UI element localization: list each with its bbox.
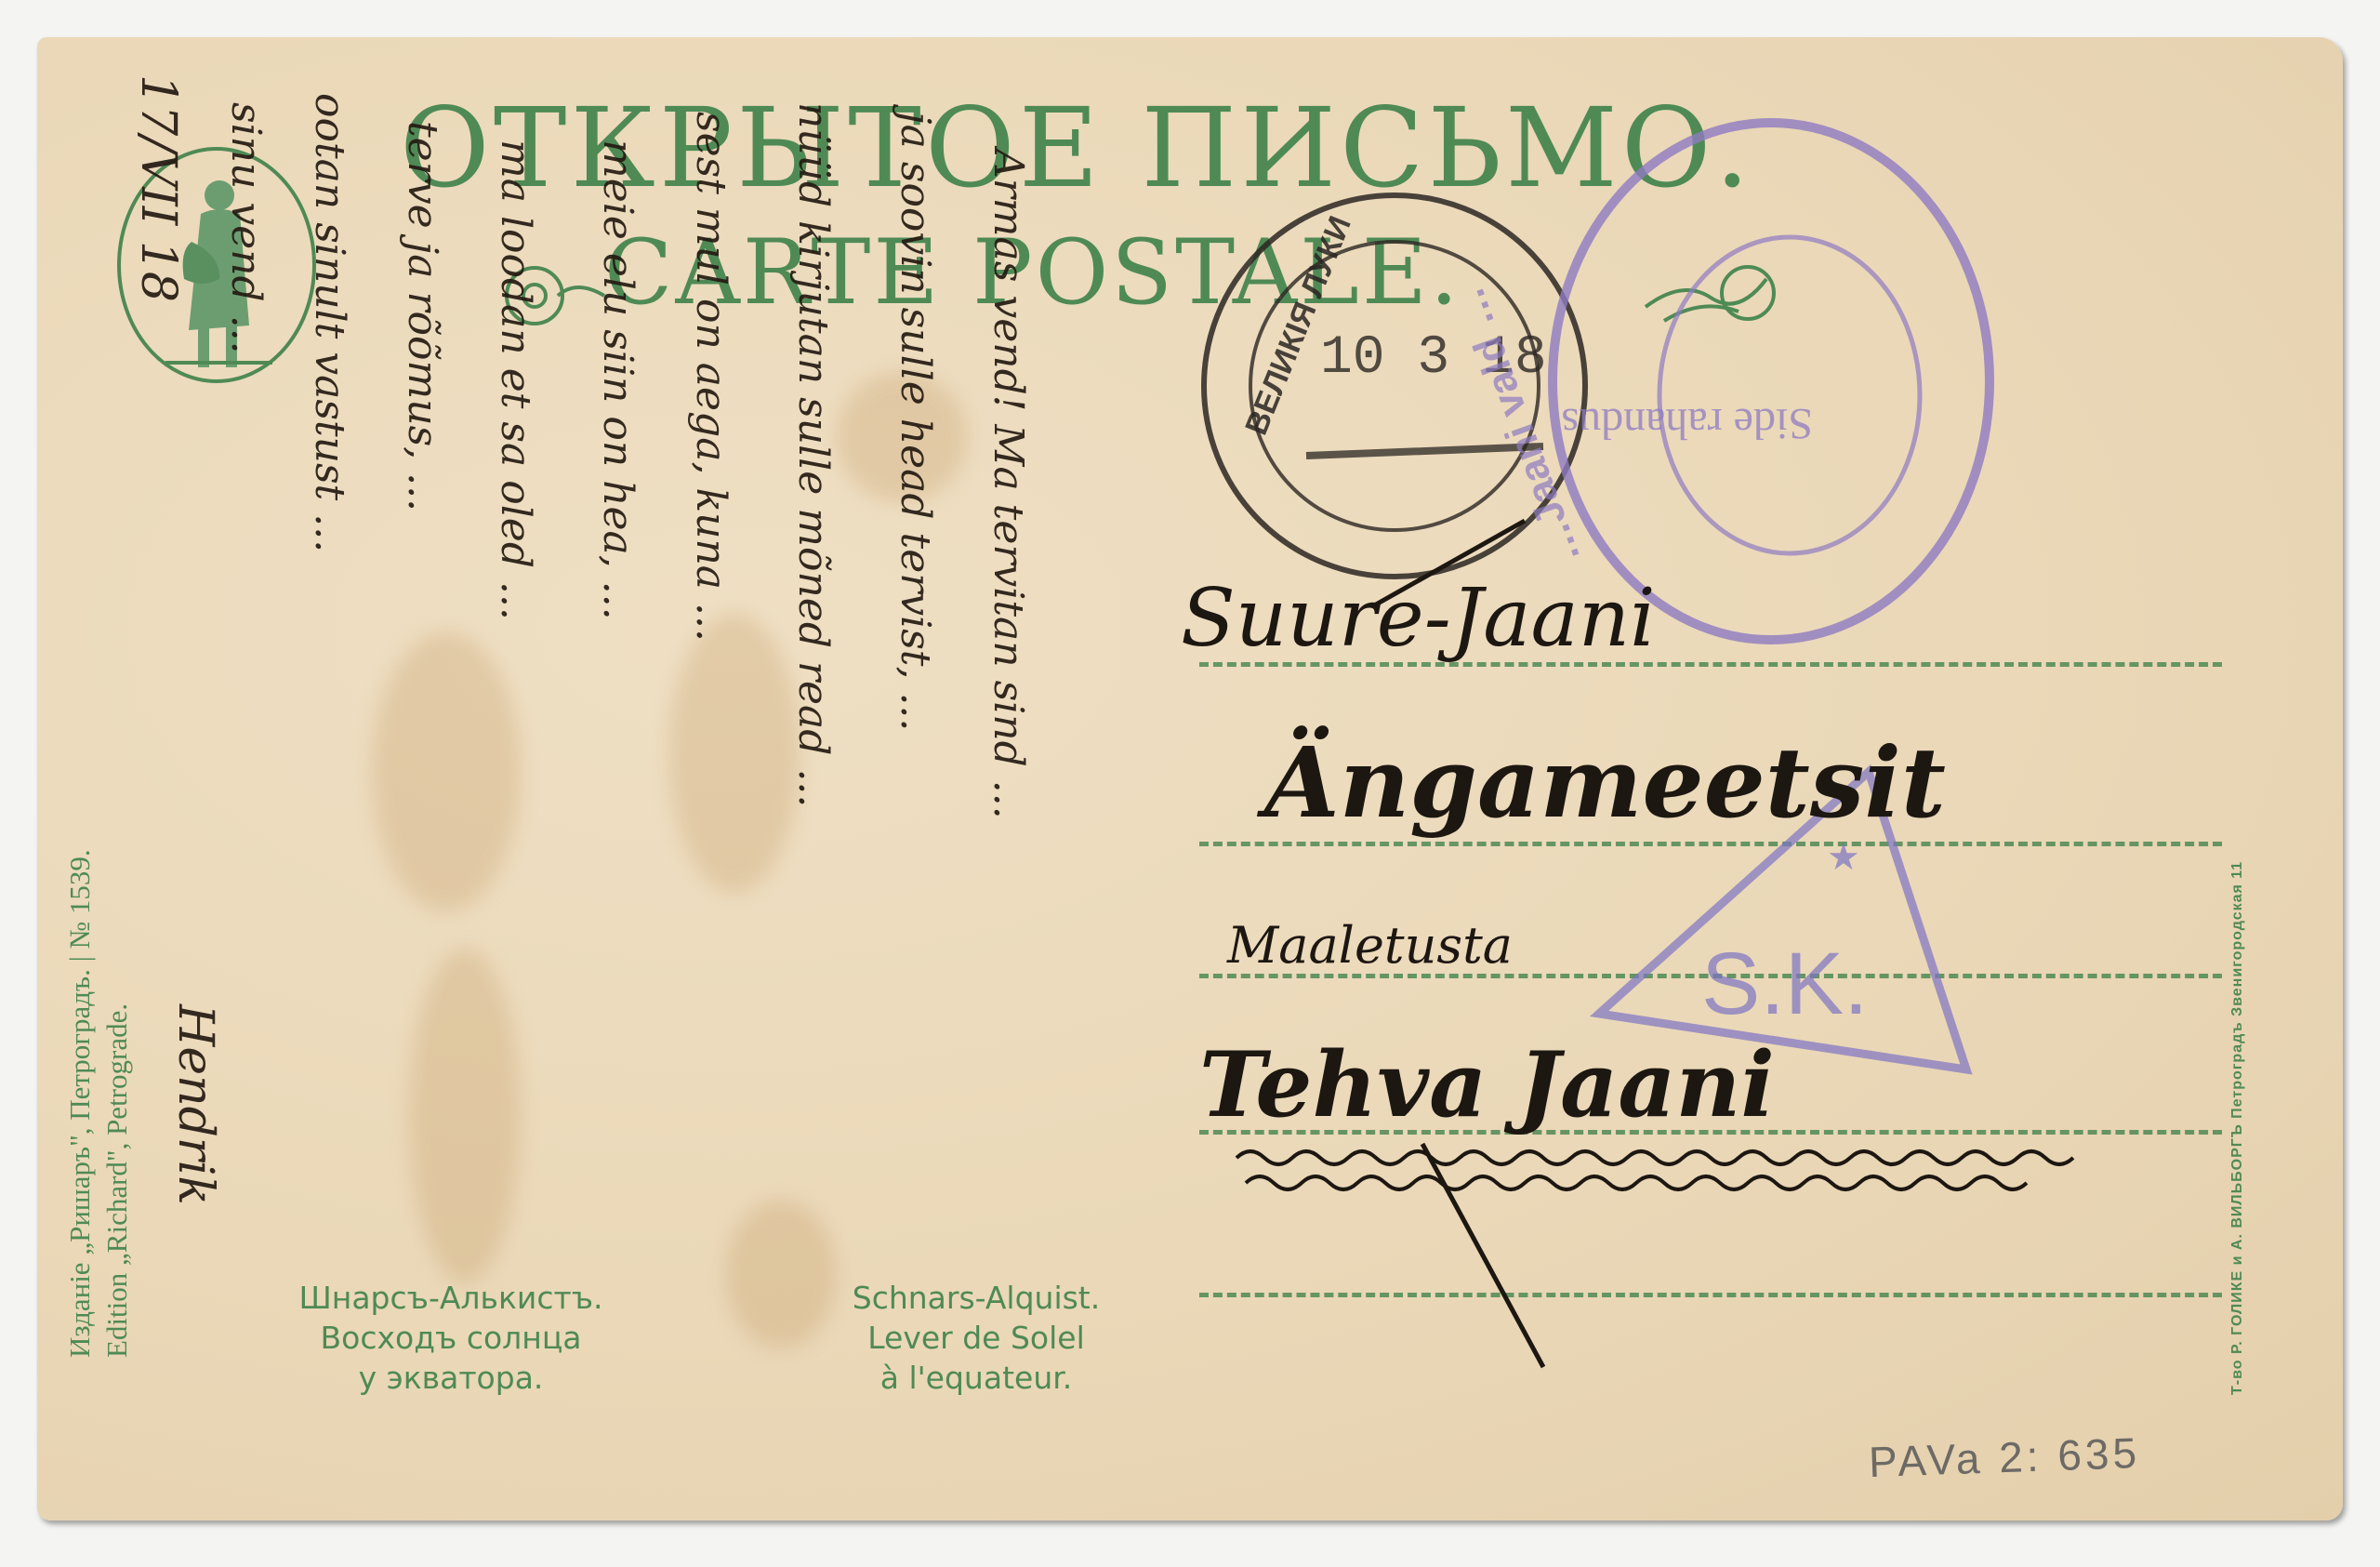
publisher-line-french: Edition „Richard", Petrograde. <box>100 1003 134 1358</box>
message-column: sinu vend ... <box>222 102 270 354</box>
message-column: ja soovin sulle head tervist, ... <box>892 112 939 731</box>
address-line-3: Maaletusta <box>1227 916 1513 975</box>
message-column: meie elu siin on hea, ... <box>594 139 641 620</box>
message-column: ootan sinult vastust ... <box>306 93 353 552</box>
publisher-line-russian: Изданіе „Ришаръ", Петроградъ. | № 1539. <box>63 849 97 1358</box>
caption-russian: Шнарсъ-Алькистъ. Восходъ солнца у эквато… <box>237 1279 665 1399</box>
message-column: ma loodan et sa oled ... <box>492 139 539 620</box>
stain <box>669 614 800 893</box>
address-line <box>1199 842 2222 846</box>
message-column: Armas vend! Ma tervitan sind ... <box>985 149 1032 819</box>
address-line-1: Suure-Jaani <box>1181 572 1656 665</box>
caption-title-fr: Lever de Solel <box>781 1319 1171 1359</box>
caption-title-ru: Восходъ солнца <box>237 1319 665 1359</box>
message-column: nüüd kirjutan sulle mõned read ... <box>789 102 837 807</box>
message-signature: Hendrik <box>167 1004 223 1205</box>
caption-subtitle-fr: à l'equateur. <box>781 1359 1171 1399</box>
message-column: terve ja rõõmus, ... <box>399 121 446 511</box>
address-line-2: Ängameetsit <box>1264 725 1946 840</box>
caption-french: Schnars-Alquist. Lever de Solel à l'equa… <box>781 1279 1171 1399</box>
address-line-4: Tehva Jaani <box>1199 1032 1775 1137</box>
stain <box>372 632 521 911</box>
printer-credit: Т-во Р. ГОЛИКЕ и А. ВИЛЬБОРГЪ Петроградъ… <box>2229 861 2246 1395</box>
message-column: sest mul on aega, kuna ... <box>687 112 734 642</box>
message-date: 17/VII 18 <box>130 74 186 302</box>
stain <box>409 949 521 1283</box>
archive-note: PAVa 2: 635 <box>1868 1428 2141 1487</box>
caption-subtitle-ru: у экватора. <box>237 1359 665 1399</box>
caption-artist-ru: Шнарсъ-Алькистъ. <box>237 1279 665 1319</box>
address-line <box>1199 1293 2222 1297</box>
caption-artist-fr: Schnars-Alquist. <box>781 1279 1171 1319</box>
